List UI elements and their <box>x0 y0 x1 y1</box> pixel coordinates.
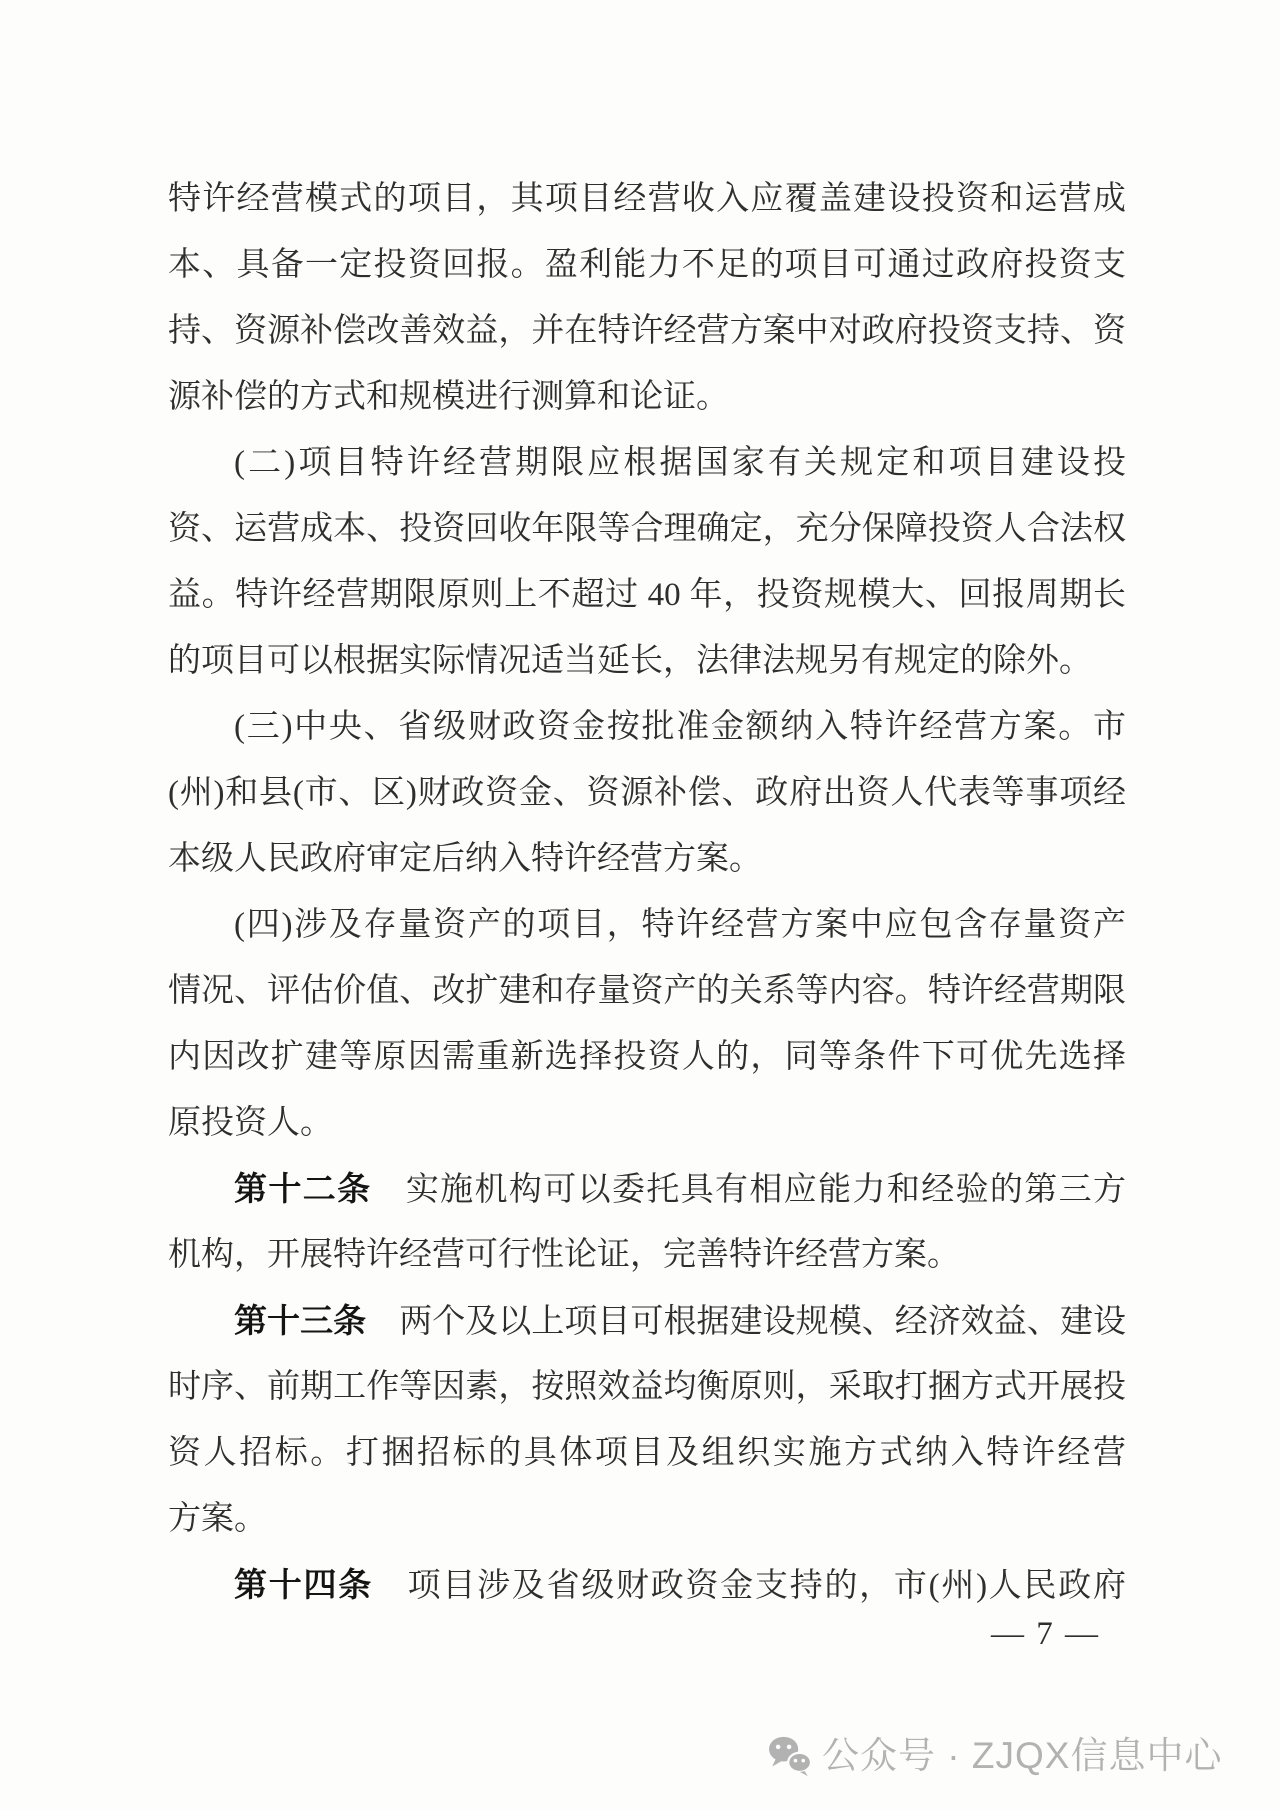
document-body: 特许经营模式的项目，其项目经营收入应覆盖建设投资和运营成本、具备一定投资回报。盈… <box>168 166 1126 1618</box>
text-line: (三)中央、省级财政资金按批准金额纳入特许经营方案。市 <box>168 694 1126 760</box>
text-segment: (二)项目特许经营期限应根据国家有关规定和项目建设投 <box>234 445 1126 481</box>
text-segment: 持、资源补偿改善效益，并在特许经营方案中对政府投资支持、资 <box>168 313 1126 349</box>
article-number: 第十三条 <box>234 1302 366 1339</box>
text-line: 时序、前期工作等因素，按照效益均衡原则，采取打捆方式开展投 <box>168 1354 1126 1420</box>
text-line: (州)和县(市、区)财政资金、资源补偿、政府出资人代表等事项经 <box>168 760 1126 826</box>
text-segment: 原投资人。 <box>168 1105 333 1141</box>
text-line: 资、运营成本、投资回收年限等合理确定，充分保障投资人合法权 <box>168 496 1126 562</box>
text-segment: (州)和县(市、区)财政资金、资源补偿、政府出资人代表等事项经 <box>168 775 1126 811</box>
text-line: 方案。 <box>168 1486 1126 1552</box>
text-segment: 实施机构可以委托具有相应能力和经验的第三方 <box>404 1172 1126 1208</box>
text-segment: 情况、评估价值、改扩建和存量资产的关系等内容。特许经营期限 <box>168 973 1126 1009</box>
text-line: 原投资人。 <box>168 1090 1126 1156</box>
text-segment: 益。特许经营期限原则上不超过 40 年，投资规模大、回报周期长 <box>168 577 1126 613</box>
text-line: 情况、评估价值、改扩建和存量资产的关系等内容。特许经营期限 <box>168 958 1126 1024</box>
text-line: 资人招标。打捆招标的具体项目及组织实施方式纳入特许经营 <box>168 1420 1126 1486</box>
article-number: 第十四条 <box>234 1566 373 1603</box>
text-line: 本级人民政府审定后纳入特许经营方案。 <box>168 826 1126 892</box>
text-line: 源补偿的方式和规模进行测算和论证。 <box>168 364 1126 430</box>
text-segment: 特许经营模式的项目，其项目经营收入应覆盖建设投资和运营成 <box>168 181 1126 217</box>
text-segment: 内因改扩建等原因需重新选择投资人的，同等条件下可优先选择 <box>168 1039 1126 1075</box>
text-line: 机构，开展特许经营可行性论证，完善特许经营方案。 <box>168 1222 1126 1288</box>
text-segment: (三)中央、省级财政资金按批准金额纳入特许经营方案。市 <box>234 709 1126 745</box>
footer-watermark: 公众号 · ZJQX信息中心 <box>768 1734 1222 1778</box>
text-line: 第十三条两个及以上项目可根据建设规模、经济效益、建设 <box>168 1288 1126 1354</box>
page-number: — 7 — <box>991 1612 1100 1656</box>
text-segment: 时序、前期工作等因素，按照效益均衡原则，采取打捆方式开展投 <box>168 1369 1126 1405</box>
text-line: 内因改扩建等原因需重新选择投资人的，同等条件下可优先选择 <box>168 1024 1126 1090</box>
wechat-icon <box>768 1735 812 1777</box>
text-segment: 的项目可以根据实际情况适当延长，法律法规另有规定的除外。 <box>168 643 1092 679</box>
text-line: 特许经营模式的项目，其项目经营收入应覆盖建设投资和运营成 <box>168 166 1126 232</box>
text-segment: 资人招标。打捆招标的具体项目及组织实施方式纳入特许经营 <box>168 1435 1126 1471</box>
text-segment: 机构，开展特许经营可行性论证，完善特许经营方案。 <box>168 1237 960 1273</box>
text-line: 的项目可以根据实际情况适当延长，法律法规另有规定的除外。 <box>168 628 1126 694</box>
text-segment: 方案。 <box>168 1501 267 1537</box>
document-page: 特许经营模式的项目，其项目经营收入应覆盖建设投资和运营成本、具备一定投资回报。盈… <box>0 0 1280 1810</box>
text-segment: 本级人民政府审定后纳入特许经营方案。 <box>168 841 762 877</box>
text-segment: 项目涉及省级财政资金支持的，市(州)人民政府 <box>406 1568 1126 1604</box>
text-line: 持、资源补偿改善效益，并在特许经营方案中对政府投资支持、资 <box>168 298 1126 364</box>
article-number: 第十二条 <box>234 1170 371 1207</box>
text-line: 本、具备一定投资回报。盈利能力不足的项目可通过政府投资支 <box>168 232 1126 298</box>
text-segment: 两个及以上项目可根据建设规模、经济效益、建设 <box>399 1304 1126 1340</box>
text-line: 第十四条项目涉及省级财政资金支持的，市(州)人民政府 <box>168 1552 1126 1618</box>
text-line: (二)项目特许经营期限应根据国家有关规定和项目建设投 <box>168 430 1126 496</box>
text-line: (四)涉及存量资产的项目，特许经营方案中应包含存量资产 <box>168 892 1126 958</box>
text-segment: 资、运营成本、投资回收年限等合理确定，充分保障投资人合法权 <box>168 511 1126 547</box>
text-line: 第十二条实施机构可以委托具有相应能力和经验的第三方 <box>168 1156 1126 1222</box>
text-segment: 源补偿的方式和规模进行测算和论证。 <box>168 379 729 415</box>
text-segment: 本、具备一定投资回报。盈利能力不足的项目可通过政府投资支 <box>168 247 1126 283</box>
text-segment: (四)涉及存量资产的项目，特许经营方案中应包含存量资产 <box>234 907 1126 943</box>
footer-label: 公众号 · ZJQX信息中心 <box>822 1734 1222 1778</box>
text-line: 益。特许经营期限原则上不超过 40 年，投资规模大、回报周期长 <box>168 562 1126 628</box>
